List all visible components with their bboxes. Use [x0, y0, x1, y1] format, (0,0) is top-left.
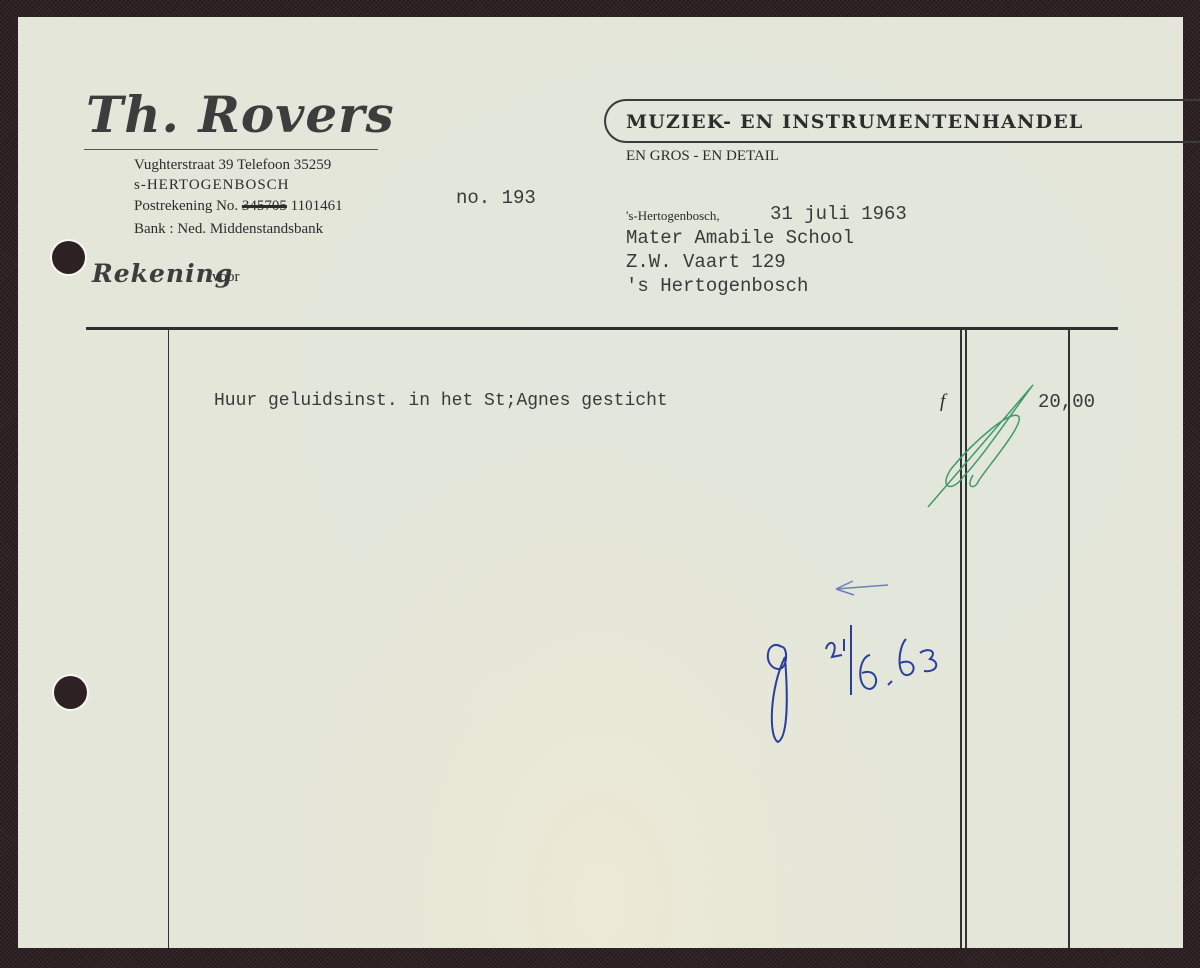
postrekening-new-number: 1101461 [291, 198, 343, 214]
postrekening-label: Postrekening No. [134, 198, 238, 214]
recipient-city: 's Hertogenbosch [626, 275, 808, 297]
invoice-paper: Th. Rovers Vughterstraat 39 Telefoon 352… [18, 17, 1183, 948]
table-top-rule [86, 327, 1118, 330]
place-label: 's-Hertogenbosch, [626, 208, 720, 224]
line-item-amount: 20,00 [1038, 391, 1095, 413]
punch-hole-top [52, 241, 85, 274]
line-item-description: Huur geluidsinst. in het St;Agnes gestic… [214, 391, 668, 411]
table-decimal-divider [1068, 329, 1070, 948]
business-tagline: EN GROS - EN DETAIL [626, 148, 779, 165]
recipient-name: Mater Amabile School [626, 227, 854, 249]
business-type: MUZIEK- EN INSTRUMENTENHANDEL [626, 111, 1083, 133]
company-city: s-HERTOGENBOSCH [134, 177, 290, 194]
blue-handwritten-note-icon [758, 577, 978, 757]
postrekening-old-number: 345705 [242, 198, 287, 214]
postrekening: Postrekening No. 345705 1101461 [134, 198, 343, 215]
company-logo: Th. Rovers [86, 85, 395, 144]
company-address: Vughterstraat 39 Telefoon 35259 [134, 157, 331, 174]
recipient-street: Z.W. Vaart 129 [626, 251, 786, 273]
logo-underline [84, 149, 378, 150]
green-initials-icon [923, 377, 1043, 527]
invoice-number: no. 193 [456, 187, 536, 209]
voor-label: voor [212, 269, 240, 286]
punch-hole-bottom [54, 676, 87, 709]
invoice-date: 31 juli 1963 [770, 203, 907, 225]
table-left-border [168, 329, 169, 948]
company-bank: Bank : Ned. Middenstandsbank [134, 221, 323, 238]
